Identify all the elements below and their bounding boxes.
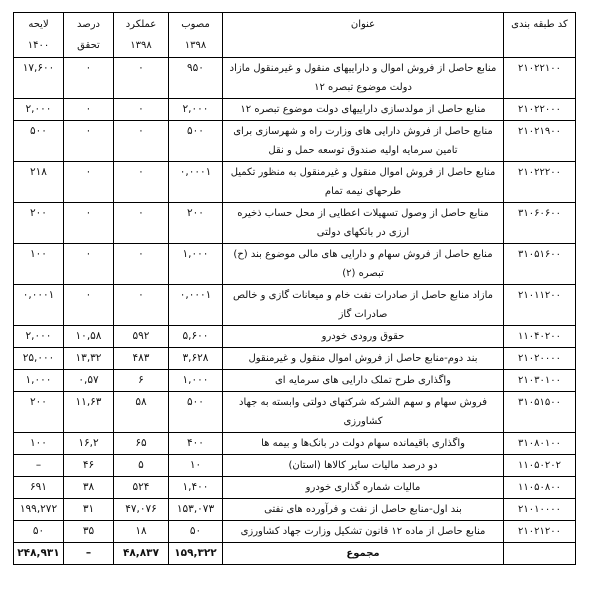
cell-bill: ۲۱۸ [14, 162, 64, 203]
cell-bill: ۵۰۰ [14, 121, 64, 162]
cell-percent: ۱۰,۵۸ [64, 326, 114, 348]
cell-percent: ۰ [64, 203, 114, 244]
cell-title: منابع حاصل از ماده ۱۲ قانون تشکیل وزارت … [223, 521, 504, 543]
cell-performance: ۱۸ [114, 521, 169, 543]
cell-code: ۲۱۰۲۱۲۰۰ [504, 521, 576, 543]
cell-bill: ۲,۰۰۰ [14, 99, 64, 121]
cell-bill: ۱۹۹,۲۷۲ [14, 499, 64, 521]
table-row: ۲۱۰۲۰۰۰۰بند دوم-منابع حاصل از فروش اموال… [14, 348, 576, 370]
total-performance: ۴۸,۸۳۷ [114, 543, 169, 565]
cell-title: منابع حاصل از فروش اموال و داراییهای منق… [223, 58, 504, 99]
cell-percent: ۰ [64, 58, 114, 99]
cell-approved: ۰,۰۰۰۱ [169, 162, 223, 203]
cell-percent: ۰ [64, 244, 114, 285]
cell-bill: ۱۷,۶۰۰ [14, 58, 64, 99]
cell-title: فروش سهام و سهم الشرکه شرکتهای دولتی واب… [223, 392, 504, 433]
cell-approved: ۲۰۰ [169, 203, 223, 244]
cell-approved: ۱,۰۰۰ [169, 244, 223, 285]
cell-code: ۲۱۰۲۲۱۰۰ [504, 58, 576, 99]
total-label: مجموع [223, 543, 504, 565]
cell-percent: ۱۳,۳۲ [64, 348, 114, 370]
cell-performance: ۴۷,۰۷۶ [114, 499, 169, 521]
cell-bill: ۱۰۰ [14, 433, 64, 455]
cell-performance: ۰ [114, 99, 169, 121]
cell-bill: ۵۰ [14, 521, 64, 543]
cell-title: واگذاری طرح تملک دارایی های سرمایه ای [223, 370, 504, 392]
header-approved: مصوب ۱۳۹۸ [169, 13, 223, 58]
cell-title: منابع حاصل از فروش اموال منقول و غیرمنقو… [223, 162, 504, 203]
total-bill: ۲۴۸,۹۳۱ [14, 543, 64, 565]
table-row: ۳۱۰۶۰۶۰۰منابع حاصل از وصول تسهیلات اعطای… [14, 203, 576, 244]
cell-bill: ۲۰۰ [14, 392, 64, 433]
total-code [504, 543, 576, 565]
header-performance: عملکرد ۱۳۹۸ [114, 13, 169, 58]
cell-title: منابع حاصل از فروش سهام و دارایی های مال… [223, 244, 504, 285]
cell-title: دو درصد مالیات سایر کالاها (استان) [223, 455, 504, 477]
cell-title: منابع حاصل از مولدسازی داراییهای دولت مو… [223, 99, 504, 121]
cell-performance: ۰ [114, 285, 169, 326]
cell-code: ۲۱۰۳۰۱۰۰ [504, 370, 576, 392]
cell-code: ۲۱۰۲۲۰۰۰ [504, 99, 576, 121]
cell-approved: ۴۰۰ [169, 433, 223, 455]
cell-title: منابع حاصل از فروش دارایی های وزارت راه … [223, 121, 504, 162]
header-percent: درصد تحقق [64, 13, 114, 58]
cell-code: ۳۱۰۶۰۶۰۰ [504, 203, 576, 244]
cell-code: ۲۱۰۱۱۲۰۰ [504, 285, 576, 326]
cell-code: ۳۱۰۵۱۶۰۰ [504, 244, 576, 285]
header-title: عنوان [223, 13, 504, 58]
cell-bill: ۲,۰۰۰ [14, 326, 64, 348]
cell-title: بند اول-منابع حاصل از نفت و فرآورده های … [223, 499, 504, 521]
cell-code: ۱۱۰۴۰۲۰۰ [504, 326, 576, 348]
header-code: کد طبقه بندی [504, 13, 576, 58]
cell-approved: ۱۰ [169, 455, 223, 477]
table-row: ۲۱۰۲۲۱۰۰منابع حاصل از فروش اموال و دارای… [14, 58, 576, 99]
cell-bill: ۲۵,۰۰۰ [14, 348, 64, 370]
cell-performance: ۵۹۲ [114, 326, 169, 348]
cell-approved: ۱,۴۰۰ [169, 477, 223, 499]
header-row: کد طبقه بندی عنوان مصوب ۱۳۹۸ عملکرد ۱۳۹۸… [14, 13, 576, 58]
cell-percent: ۱۱,۶۳ [64, 392, 114, 433]
cell-code: ۳۱۰۸۰۱۰۰ [504, 433, 576, 455]
cell-code: ۲۱۰۲۰۰۰۰ [504, 348, 576, 370]
cell-approved: ۵۰۰ [169, 121, 223, 162]
cell-code: ۱۱۰۵۰۸۰۰ [504, 477, 576, 499]
cell-approved: ۹۵۰ [169, 58, 223, 99]
cell-performance: ۰ [114, 162, 169, 203]
cell-approved: ۳,۶۲۸ [169, 348, 223, 370]
cell-performance: ۰ [114, 244, 169, 285]
cell-bill: – [14, 455, 64, 477]
cell-performance: ۰ [114, 121, 169, 162]
total-row: مجموع ۱۵۹,۳۲۲ ۴۸,۸۳۷ – ۲۴۸,۹۳۱ [14, 543, 576, 565]
cell-bill: ۶۹۱ [14, 477, 64, 499]
cell-approved: ۵۰ [169, 521, 223, 543]
cell-approved: ۱۵۳,۰۷۳ [169, 499, 223, 521]
cell-approved: ۲,۰۰۰ [169, 99, 223, 121]
cell-approved: ۵,۶۰۰ [169, 326, 223, 348]
table-row: ۱۱۰۵۰۸۰۰مالیات شماره گذاری خودرو۱,۴۰۰۵۲۴… [14, 477, 576, 499]
table-row: ۲۱۰۲۱۲۰۰منابع حاصل از ماده ۱۲ قانون تشکی… [14, 521, 576, 543]
cell-code: ۳۱۰۵۱۵۰۰ [504, 392, 576, 433]
cell-code: ۲۱۰۲۲۲۰۰ [504, 162, 576, 203]
cell-percent: ۰ [64, 285, 114, 326]
cell-code: ۱۱۰۵۰۲۰۲ [504, 455, 576, 477]
cell-code: ۲۱۰۲۱۹۰۰ [504, 121, 576, 162]
cell-title: حقوق ورودی خودرو [223, 326, 504, 348]
cell-performance: ۵۲۴ [114, 477, 169, 499]
cell-performance: ۶۵ [114, 433, 169, 455]
cell-bill: ۲۰۰ [14, 203, 64, 244]
cell-percent: ۱۶,۲ [64, 433, 114, 455]
cell-bill: ۱,۰۰۰ [14, 370, 64, 392]
cell-performance: ۶ [114, 370, 169, 392]
cell-performance: ۵۸ [114, 392, 169, 433]
table-row: ۳۱۰۸۰۱۰۰واگذاری باقیمانده سهام دولت در ب… [14, 433, 576, 455]
total-percent: – [64, 543, 114, 565]
cell-bill: ۱۰۰ [14, 244, 64, 285]
cell-title: منابع حاصل از وصول تسهیلات اعطایی از محل… [223, 203, 504, 244]
cell-percent: ۰ [64, 99, 114, 121]
table-row: ۲۱۰۱۱۲۰۰مازاد منابع حاصل از صادرات نفت خ… [14, 285, 576, 326]
cell-bill: ۰,۰۰۰۱ [14, 285, 64, 326]
cell-code: ۲۱۰۱۰۰۰۰ [504, 499, 576, 521]
cell-performance: ۰ [114, 58, 169, 99]
table-row: ۲۱۰۲۲۰۰۰منابع حاصل از مولدسازی داراییهای… [14, 99, 576, 121]
table-row: ۱۱۰۵۰۲۰۲دو درصد مالیات سایر کالاها (استا… [14, 455, 576, 477]
cell-title: بند دوم-منابع حاصل از فروش اموال منقول و… [223, 348, 504, 370]
cell-approved: ۰,۰۰۰۱ [169, 285, 223, 326]
table-row: ۳۱۰۵۱۶۰۰منابع حاصل از فروش سهام و دارایی… [14, 244, 576, 285]
cell-performance: ۴۸۳ [114, 348, 169, 370]
total-approved: ۱۵۹,۳۲۲ [169, 543, 223, 565]
cell-percent: ۰,۵۷ [64, 370, 114, 392]
cell-percent: ۴۶ [64, 455, 114, 477]
table-row: ۲۱۰۲۲۲۰۰منابع حاصل از فروش اموال منقول و… [14, 162, 576, 203]
cell-percent: ۳۵ [64, 521, 114, 543]
table-row: ۲۱۰۱۰۰۰۰بند اول-منابع حاصل از نفت و فرآو… [14, 499, 576, 521]
cell-percent: ۳۸ [64, 477, 114, 499]
cell-approved: ۱,۰۰۰ [169, 370, 223, 392]
cell-percent: ۰ [64, 162, 114, 203]
budget-table: کد طبقه بندی عنوان مصوب ۱۳۹۸ عملکرد ۱۳۹۸… [13, 12, 576, 565]
table-row: ۲۱۰۲۱۹۰۰منابع حاصل از فروش دارایی های وز… [14, 121, 576, 162]
header-bill: لایحه ۱۴۰۰ [14, 13, 64, 58]
cell-title: مازاد منابع حاصل از صادرات نفت خام و میع… [223, 285, 504, 326]
cell-percent: ۰ [64, 121, 114, 162]
cell-title: واگذاری باقیمانده سهام دولت در بانک‌ها و… [223, 433, 504, 455]
cell-approved: ۵۰۰ [169, 392, 223, 433]
table-row: ۲۱۰۳۰۱۰۰واگذاری طرح تملک دارایی های سرما… [14, 370, 576, 392]
cell-title: مالیات شماره گذاری خودرو [223, 477, 504, 499]
cell-performance: ۵ [114, 455, 169, 477]
table-row: ۱۱۰۴۰۲۰۰حقوق ورودی خودرو۵,۶۰۰۵۹۲۱۰,۵۸۲,۰… [14, 326, 576, 348]
cell-performance: ۰ [114, 203, 169, 244]
cell-percent: ۳۱ [64, 499, 114, 521]
table-row: ۳۱۰۵۱۵۰۰فروش سهام و سهم الشرکه شرکتهای د… [14, 392, 576, 433]
